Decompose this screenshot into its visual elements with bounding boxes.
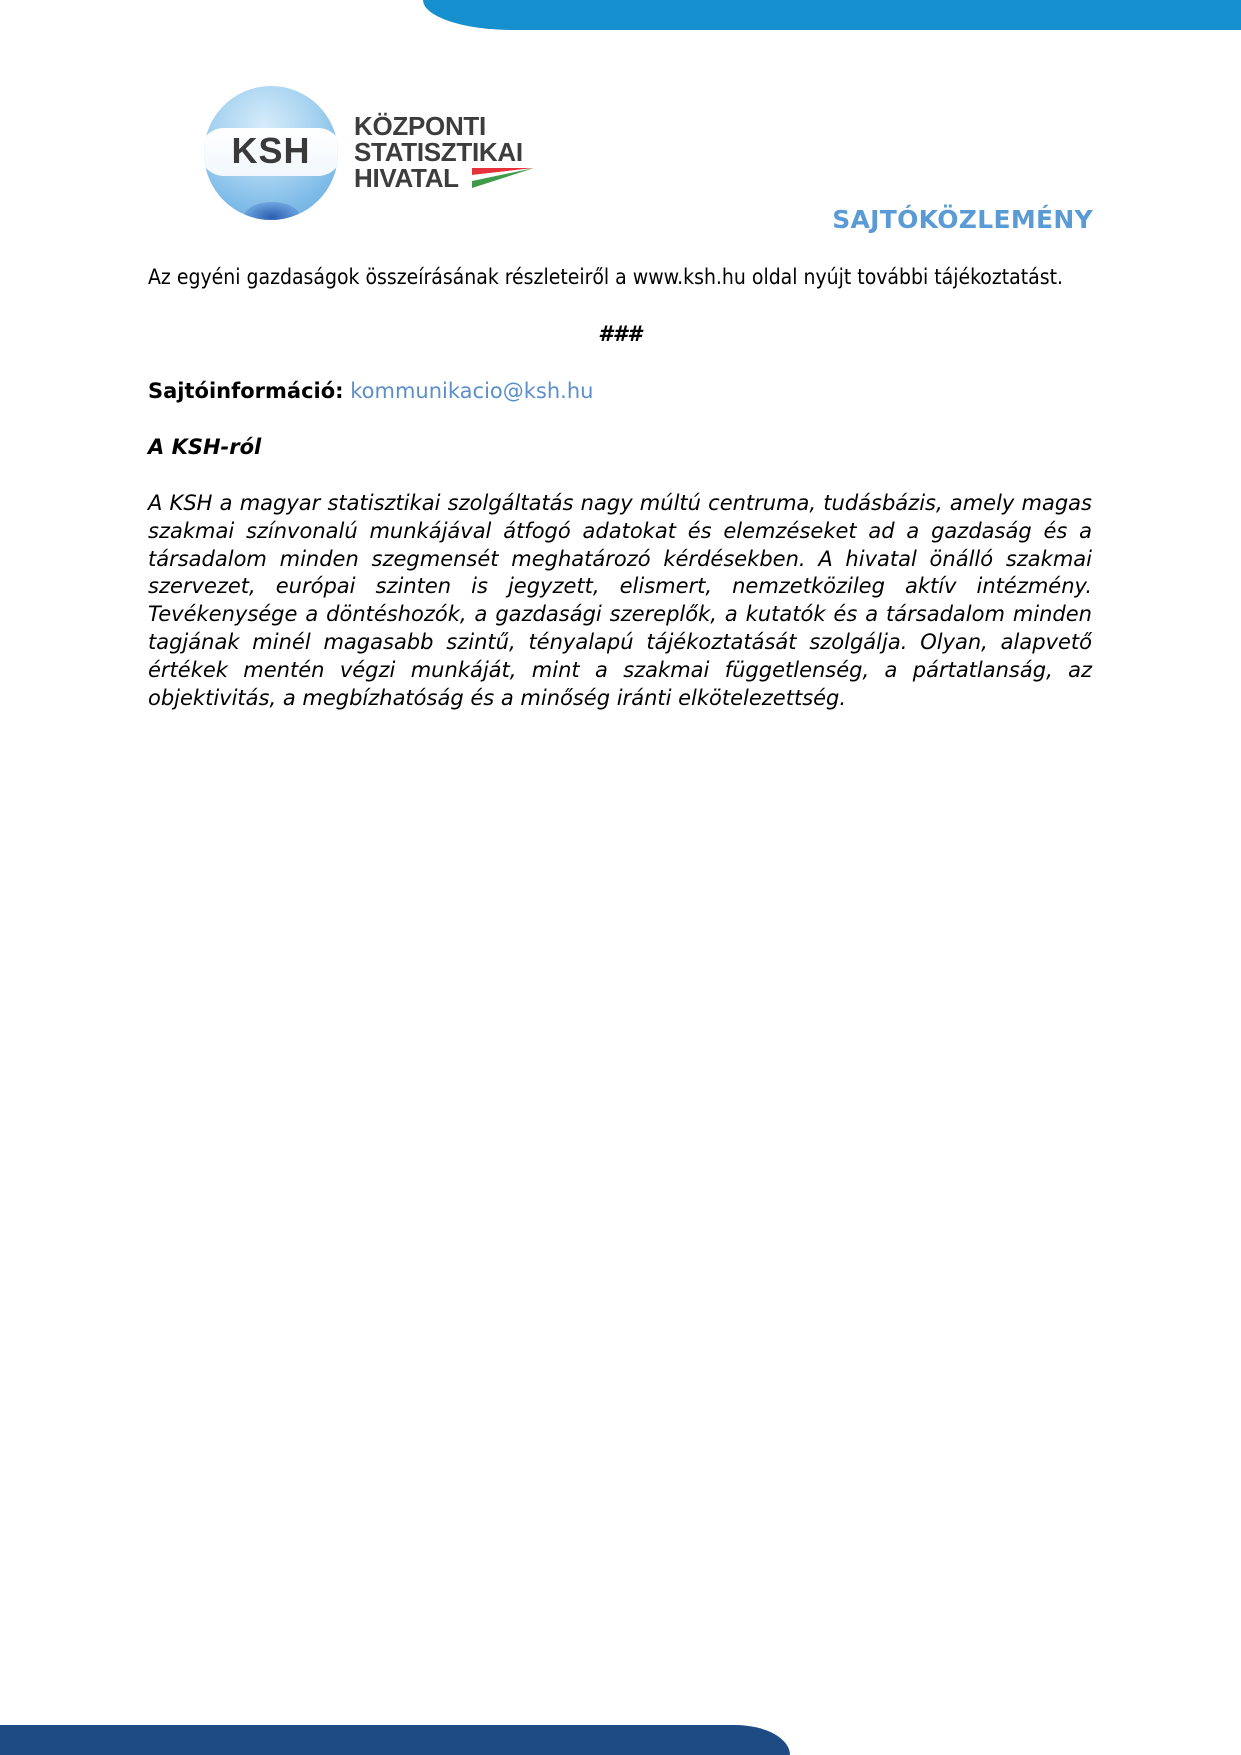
hungarian-flag-icon xyxy=(472,168,534,188)
about-paragraph: A KSH a magyar statisztikai szolgáltatás… xyxy=(148,490,1092,712)
logo-glow xyxy=(244,202,300,220)
logo-line-2: STATISZTIKAI xyxy=(354,139,523,165)
bottom-decorative-bar xyxy=(0,1725,790,1755)
logo-mark-text: KSH xyxy=(204,130,338,172)
press-info-label: Sajtóinformáció: xyxy=(148,379,344,403)
intro-paragraph: Az egyéni gazdaságok összeírásának részl… xyxy=(148,264,1092,291)
about-heading: A KSH-ról xyxy=(148,434,1092,461)
section-separator: ### xyxy=(148,321,1092,348)
document-body: Az egyéni gazdaságok összeírásának részl… xyxy=(148,264,1092,712)
logo-line-1: KÖZPONTI xyxy=(354,113,523,139)
ksh-logo: KSH KÖZPONTI STATISZTIKAI HIVATAL xyxy=(204,86,544,226)
document-type-heading: SAJTÓKÖZLEMÉNY xyxy=(832,205,1093,234)
press-email-link[interactable]: kommunikacio@ksh.hu xyxy=(350,379,593,403)
ksh-logo-emblem: KSH xyxy=(204,86,338,220)
press-info: Sajtóinformáció: kommunikacio@ksh.hu xyxy=(148,378,1092,405)
top-decorative-bar xyxy=(423,0,1241,30)
